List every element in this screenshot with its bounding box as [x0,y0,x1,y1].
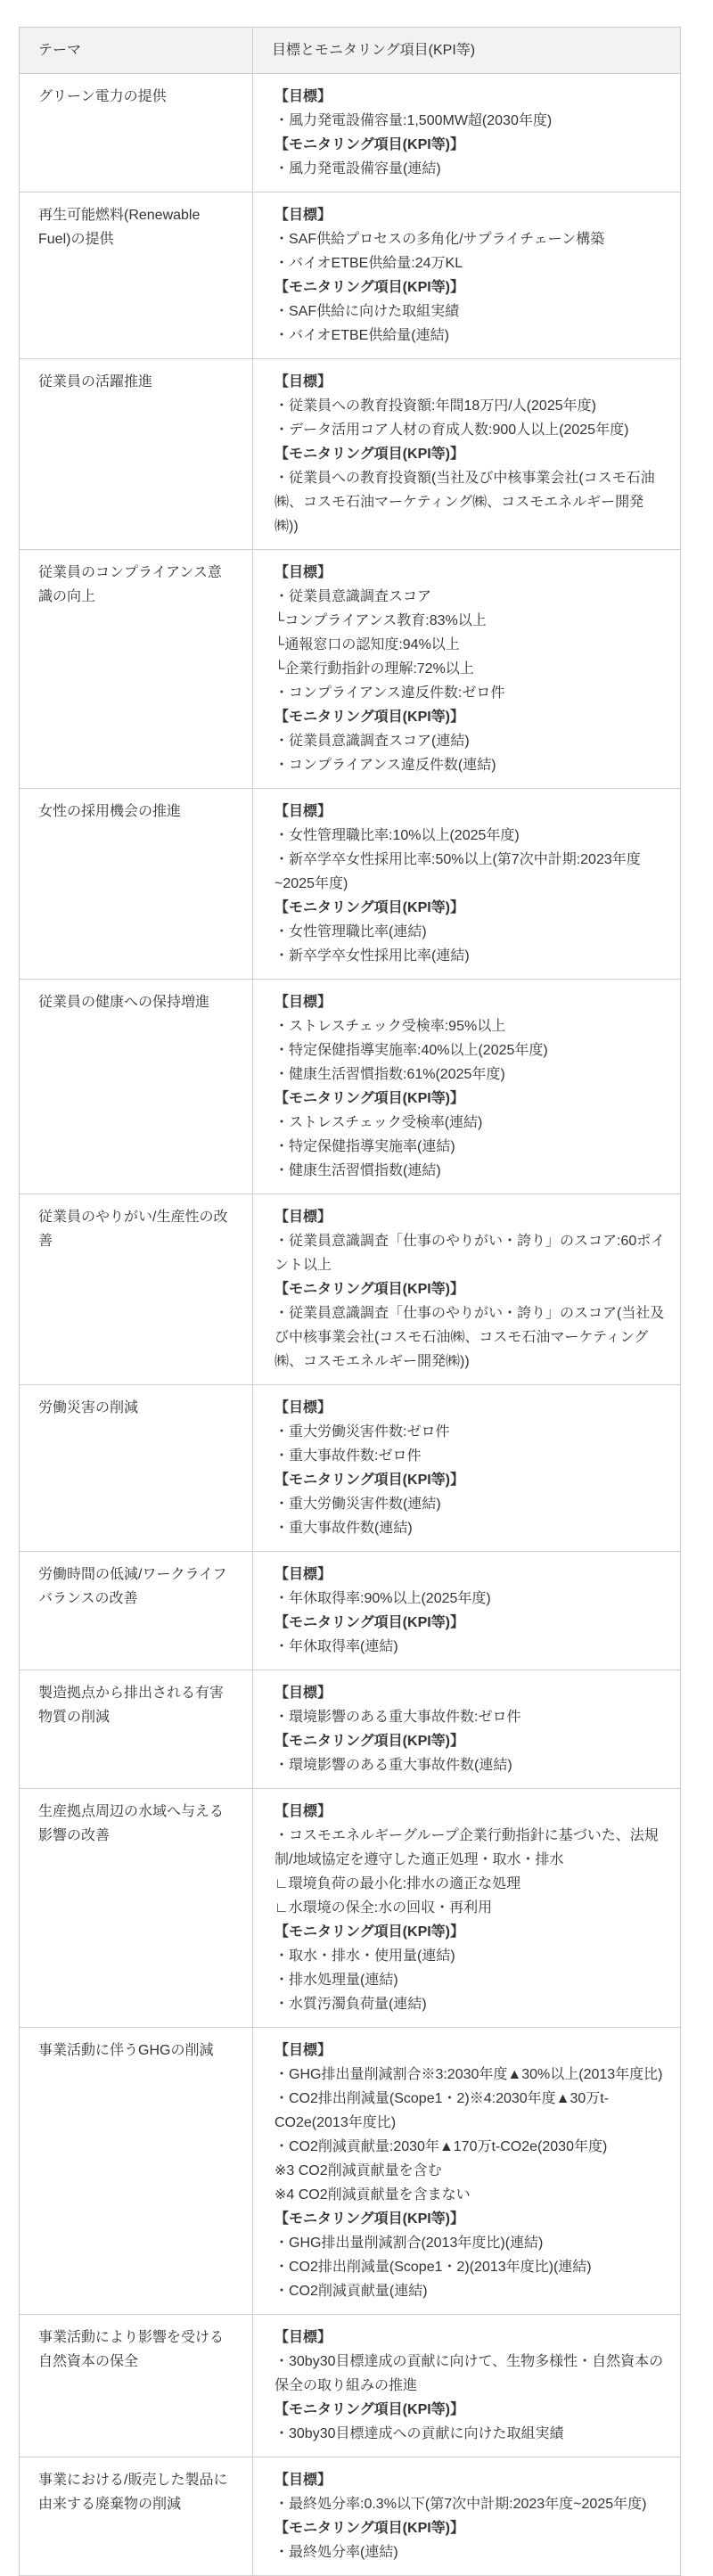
kpi-line: ・コンプライアンス違反件数(連結) [275,753,666,777]
kpi-line: ・新卒学卒女性採用比率:50%以上(第7次中計期:2023年度~2025年度) [275,848,666,896]
section-heading: 【目標】 [275,1800,666,1824]
table-row: 従業員の活躍推進【目標】・従業員への教育投資額:年間18万円/人(2025年度)… [20,359,681,550]
kpi-cell: 【目標】・重大労働災害件数:ゼロ件・重大事故件数:ゼロ件【モニタリング項目(KP… [253,1385,681,1552]
kpi-line: ・特定保健指導実施率:40%以上(2025年度) [275,1038,666,1062]
kpi-line: ・健康生活習慣指数:61%(2025年度) [275,1062,666,1087]
kpi-line: ・女性管理職比率:10%以上(2025年度) [275,824,666,848]
kpi-cell: 【目標】・ストレスチェック受検率:95%以上・特定保健指導実施率:40%以上(2… [253,980,681,1194]
kpi-line: └コンプライアンス教育:83%以上 [275,609,666,633]
kpi-line: └通報窓口の認知度:94%以上 [275,633,666,657]
theme-cell: グリーン電力の提供 [20,74,253,193]
kpi-cell: 【目標】・従業員への教育投資額:年間18万円/人(2025年度)・データ活用コア… [253,359,681,550]
section-heading: 【目標】 [275,2326,666,2350]
kpi-line: ・最終処分率(連結) [275,2540,666,2564]
kpi-line: ・最終処分率:0.3%以下(第7次中計期:2023年度~2025年度) [275,2492,666,2516]
table-row: 従業員のコンプライアンス意識の向上【目標】・従業員意識調査スコア└コンプライアン… [20,550,681,789]
kpi-line: ・SAF供給に向けた取組実績 [275,299,666,324]
kpi-line: ※3 CO2削減貢献量を含む [275,2159,666,2183]
section-heading: 【モニタリング項目(KPI等)】 [275,1920,666,1944]
kpi-line: ・水質汚濁負荷量(連結) [275,1992,666,2016]
kpi-line: ・CO2削減貢献量(連結) [275,2279,666,2303]
section-heading: 【モニタリング項目(KPI等)】 [275,1087,666,1111]
kpi-cell: 【目標】・SAF供給プロセスの多角化/サプライチェーン構築・バイオETBE供給量… [253,193,681,359]
section-heading: 【モニタリング項目(KPI等)】 [275,705,666,729]
theme-cell: 労働災害の削減 [20,1385,253,1552]
kpi-line: ・従業員意識調査スコア(連結) [275,729,666,753]
table-row: 女性の採用機会の推進【目標】・女性管理職比率:10%以上(2025年度)・新卒学… [20,789,681,980]
kpi-line: ・データ活用コア人材の育成人数:900人以上(2025年度) [275,418,666,442]
kpi-table-body: グリーン電力の提供【目標】・風力発電設備容量:1,500MW超(2030年度)【… [20,74,681,2576]
table-row: 労働災害の削減【目標】・重大労働災害件数:ゼロ件・重大事故件数:ゼロ件【モニタリ… [20,1385,681,1552]
kpi-table: テーマ 目標とモニタリング項目(KPI等) グリーン電力の提供【目標】・風力発電… [19,27,681,2576]
table-row: 製造拠点から排出される有害物質の削減【目標】・環境影響のある重大事故件数:ゼロ件… [20,1670,681,1789]
kpi-line: ・環境影響のある重大事故件数(連結) [275,1753,666,1777]
theme-cell: 事業における/販売した製品に由来する廃棄物の削減 [20,2457,253,2576]
kpi-line: ・年休取得率(連結) [275,1635,666,1659]
theme-cell: 事業活動に伴うGHGの削減 [20,2028,253,2315]
kpi-line: ・風力発電設備容量:1,500MW超(2030年度) [275,109,666,133]
theme-cell: 従業員のやりがい/生産性の改善 [20,1194,253,1385]
section-heading: 【モニタリング項目(KPI等)】 [275,442,666,466]
kpi-cell: 【目標】・最終処分率:0.3%以下(第7次中計期:2023年度~2025年度)【… [253,2457,681,2576]
section-heading: 【目標】 [275,85,666,109]
kpi-line: ・特定保健指導実施率(連結) [275,1135,666,1159]
theme-cell: 事業活動により影響を受ける自然資本の保全 [20,2315,253,2457]
kpi-cell: 【目標】・女性管理職比率:10%以上(2025年度)・新卒学卒女性採用比率:50… [253,789,681,980]
section-heading: 【モニタリング項目(KPI等)】 [275,1468,666,1492]
kpi-line: ・排水処理量(連結) [275,1968,666,1992]
table-row: 事業における/販売した製品に由来する廃棄物の削減【目標】・最終処分率:0.3%以… [20,2457,681,2576]
kpi-cell: 【目標】・年休取得率:90%以上(2025年度)【モニタリング項目(KPI等)】… [253,1552,681,1670]
theme-cell: 労働時間の低減/ワークライフバランスの改善 [20,1552,253,1670]
kpi-cell: 【目標】・コスモエネルギーグループ企業行動指針に基づいた、法規制/地域協定を遵守… [253,1789,681,2028]
kpi-line: └企業行動指針の理解:72%以上 [275,657,666,681]
kpi-line: ・重大事故件数:ゼロ件 [275,1444,666,1468]
kpi-line: ・バイオETBE供給量(連結) [275,324,666,348]
kpi-cell: 【目標】・従業員意識調査スコア└コンプライアンス教育:83%以上└通報窓口の認知… [253,550,681,789]
kpi-line: ・年休取得率:90%以上(2025年度) [275,1587,666,1611]
section-heading: 【目標】 [275,1396,666,1420]
section-heading: 【モニタリング項目(KPI等)】 [275,2207,666,2231]
section-heading: 【目標】 [275,800,666,824]
section-heading: 【モニタリング項目(KPI等)】 [275,2516,666,2540]
section-heading: 【モニタリング項目(KPI等)】 [275,133,666,157]
table-row: 事業活動に伴うGHGの削減【目標】・GHG排出量削減割合※3:2030年度▲30… [20,2028,681,2315]
kpi-line: ・SAF供給プロセスの多角化/サプライチェーン構築 [275,227,666,251]
theme-cell: 従業員の健康への保持増進 [20,980,253,1194]
section-heading: 【モニタリング項目(KPI等)】 [275,275,666,299]
kpi-line: ・コスモエネルギーグループ企業行動指針に基づいた、法規制/地域協定を遵守した適正… [275,1824,666,1872]
section-heading: 【モニタリング項目(KPI等)】 [275,1277,666,1301]
table-row: 事業活動により影響を受ける自然資本の保全【目標】・30by30目標達成の貢献に向… [20,2315,681,2457]
kpi-line: ・CO2削減貢献量:2030年▲170万t-CO2e(2030年度) [275,2135,666,2159]
kpi-line: ・バイオETBE供給量:24万KL [275,251,666,275]
table-row: 従業員の健康への保持増進【目標】・ストレスチェック受検率:95%以上・特定保健指… [20,980,681,1194]
kpi-line: ・従業員への教育投資額(当社及び中核事業会社(コスモ石油㈱、コスモ石油マーケティ… [275,466,666,538]
kpi-cell: 【目標】・環境影響のある重大事故件数:ゼロ件【モニタリング項目(KPI等)】・環… [253,1670,681,1789]
kpi-line: ・30by30目標達成の貢献に向けて、生物多様性・自然資本の保全の取り組みの推進 [275,2350,666,2398]
table-row: 生産拠点周辺の水域へ与える影響の改善【目標】・コスモエネルギーグループ企業行動指… [20,1789,681,2028]
section-heading: 【モニタリング項目(KPI等)】 [275,1611,666,1635]
kpi-cell: 【目標】・従業員意識調査「仕事のやりがい・誇り」のスコア:60ポイント以上【モニ… [253,1194,681,1385]
theme-cell: 製造拠点から排出される有害物質の削減 [20,1670,253,1789]
kpi-line: ・従業員への教育投資額:年間18万円/人(2025年度) [275,394,666,418]
kpi-line: ・ストレスチェック受検率:95%以上 [275,1014,666,1038]
kpi-line: ・重大労働災害件数:ゼロ件 [275,1420,666,1444]
kpi-line: ・従業員意識調査「仕事のやりがい・誇り」のスコア:60ポイント以上 [275,1229,666,1277]
kpi-cell: 【目標】・風力発電設備容量:1,500MW超(2030年度)【モニタリング項目(… [253,74,681,193]
kpi-line: ・重大労働災害件数(連結) [275,1492,666,1516]
section-heading: 【目標】 [275,1563,666,1587]
kpi-line: ・30by30目標達成への貢献に向けた取組実績 [275,2422,666,2446]
section-heading: 【目標】 [275,2468,666,2492]
kpi-line: ・女性管理職比率(連結) [275,920,666,944]
table-row: 再生可能燃料(Renewable Fuel)の提供【目標】・SAF供給プロセスの… [20,193,681,359]
table-row: 労働時間の低減/ワークライフバランスの改善【目標】・年休取得率:90%以上(20… [20,1552,681,1670]
kpi-line: ・ストレスチェック受検率(連結) [275,1111,666,1135]
table-row: 従業員のやりがい/生産性の改善【目標】・従業員意識調査「仕事のやりがい・誇り」の… [20,1194,681,1385]
section-heading: 【目標】 [275,2039,666,2063]
theme-cell: 従業員の活躍推進 [20,359,253,550]
kpi-line: ・CO2排出削減量(Scope1・2)(2013年度比)(連結) [275,2255,666,2279]
kpi-line: ・風力発電設備容量(連結) [275,157,666,181]
table-row: グリーン電力の提供【目標】・風力発電設備容量:1,500MW超(2030年度)【… [20,74,681,193]
section-heading: 【目標】 [275,203,666,227]
theme-cell: 再生可能燃料(Renewable Fuel)の提供 [20,193,253,359]
kpi-line: ∟水環境の保全:水の回収・再利用 [275,1896,666,1920]
kpi-line: ・環境影響のある重大事故件数:ゼロ件 [275,1705,666,1729]
kpi-line: ・新卒学卒女性採用比率(連結) [275,944,666,968]
table-header-row: テーマ 目標とモニタリング項目(KPI等) [20,28,681,74]
section-heading: 【モニタリング項目(KPI等)】 [275,1729,666,1753]
section-heading: 【目標】 [275,990,666,1014]
section-heading: 【目標】 [275,1205,666,1229]
column-header-theme: テーマ [20,28,253,74]
kpi-line: ・取水・排水・使用量(連結) [275,1944,666,1968]
kpi-cell: 【目標】・30by30目標達成の貢献に向けて、生物多様性・自然資本の保全の取り組… [253,2315,681,2457]
kpi-line: ※4 CO2削減貢献量を含まない [275,2183,666,2207]
section-heading: 【モニタリング項目(KPI等)】 [275,2398,666,2422]
column-header-kpi: 目標とモニタリング項目(KPI等) [253,28,681,74]
kpi-line: ・GHG排出量削減割合(2013年度比)(連結) [275,2231,666,2255]
kpi-line: ・GHG排出量削減割合※3:2030年度▲30%以上(2013年度比) [275,2063,666,2087]
section-heading: 【目標】 [275,1681,666,1705]
theme-cell: 生産拠点周辺の水域へ与える影響の改善 [20,1789,253,2028]
kpi-line: ・CO2排出削減量(Scope1・2)※4:2030年度▲30万t-CO2e(2… [275,2087,666,2135]
kpi-line: ・健康生活習慣指数(連結) [275,1159,666,1183]
kpi-line: ・従業員意識調査スコア [275,585,666,609]
kpi-line: ・重大事故件数(連結) [275,1516,666,1540]
kpi-line: ・コンプライアンス違反件数:ゼロ件 [275,681,666,705]
section-heading: 【目標】 [275,561,666,585]
theme-cell: 女性の採用機会の推進 [20,789,253,980]
section-heading: 【目標】 [275,370,666,394]
section-heading: 【モニタリング項目(KPI等)】 [275,896,666,920]
kpi-cell: 【目標】・GHG排出量削減割合※3:2030年度▲30%以上(2013年度比)・… [253,2028,681,2315]
kpi-line: ∟環境負荷の最小化:排水の適正な処理 [275,1872,666,1896]
theme-cell: 従業員のコンプライアンス意識の向上 [20,550,253,789]
kpi-line: ・従業員意識調査「仕事のやりがい・誇り」のスコア(当社及び中核事業会社(コスモ石… [275,1301,666,1374]
